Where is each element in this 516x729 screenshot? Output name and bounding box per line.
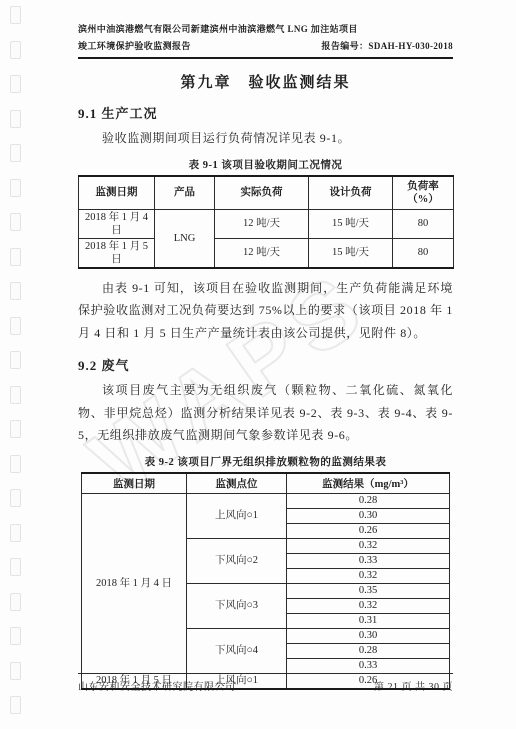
binder-holes xyxy=(10,6,22,729)
cell-value: 0.32 xyxy=(287,568,450,583)
cell-load-rate: 80 xyxy=(393,238,454,268)
page-footer: 山东安和安全技术研究院有限公司 第 21 页 共 30 页 xyxy=(78,673,453,693)
table-row: 2018 年 1 月 4 日 上风向○1 0.28 xyxy=(82,493,450,508)
cell-value: 0.28 xyxy=(287,493,450,508)
th-design-load: 设计负荷 xyxy=(309,176,393,210)
cell-value: 0.35 xyxy=(287,583,450,598)
cell-value: 0.33 xyxy=(287,658,450,673)
section-9-2-paragraph: 该项目废气主要为无组织废气（颗粒物、二氧化硫、氮氧化物、非甲烷总烃）监测分析结果… xyxy=(78,379,453,447)
binder-hole xyxy=(10,524,21,542)
header-report-number: 报告编号：SDAH-HY-030-2018 xyxy=(321,39,453,52)
cell-value: 0.32 xyxy=(287,598,450,613)
header-second-line: 竣工环境保护验收监测报告 报告编号：SDAH-HY-030-2018 xyxy=(78,39,453,59)
cell-date: 2018 年 1 月 5 日 xyxy=(79,238,155,268)
chapter-title: 第九章 验收监测结果 xyxy=(78,71,453,92)
binder-hole xyxy=(10,593,21,611)
th-monitor-date: 监测日期 xyxy=(82,473,187,494)
binder-hole xyxy=(10,662,21,680)
cell-point: 下风向○3 xyxy=(187,583,287,628)
binder-hole xyxy=(10,627,21,645)
binder-hole xyxy=(10,351,21,369)
section-9-1-paragraph-2: 由表 9-1 可知，该项目在验收监测期间，生产负荷能满足环境保护验收监测对工况负… xyxy=(78,277,453,345)
table-9-2-header-row: 监测日期 监测点位 监测结果（mg/m³） xyxy=(82,473,450,494)
binder-hole xyxy=(10,386,21,404)
cell-value: 0.33 xyxy=(287,553,450,568)
binder-hole xyxy=(10,696,21,714)
th-monitor-date: 监测日期 xyxy=(79,176,155,210)
page-content: 滨州中油滨港燃气有限公司新建滨州中油滨港燃气 LNG 加注站项目 竣工环境保护验… xyxy=(78,22,453,690)
section-9-1-paragraph: 验收监测期间项目运行负荷情况详见表 9-1。 xyxy=(78,127,453,150)
binder-hole xyxy=(10,144,21,162)
table-9-1-caption: 表 9-1 该项目验收期间工况情况 xyxy=(78,157,453,172)
table-row: 2018 年 1 月 5 日 12 吨/天 15 吨/天 80 xyxy=(79,238,454,268)
footer-company-name: 山东安和安全技术研究院有限公司 xyxy=(78,678,236,693)
binder-hole xyxy=(10,489,21,507)
binder-hole xyxy=(10,420,21,438)
binder-hole xyxy=(10,248,21,266)
binder-hole xyxy=(10,179,21,197)
binder-hole xyxy=(10,282,21,300)
th-load-rate: 负荷率（%） xyxy=(393,176,454,210)
th-actual-load: 实际负荷 xyxy=(215,176,309,210)
table-9-2-caption: 表 9-2 该项目厂界无组织排放颗粒物的监测结果表 xyxy=(78,454,453,469)
table-9-1-header-row: 监测日期 产品 实际负荷 设计负荷 负荷率（%） xyxy=(79,176,454,210)
binder-hole xyxy=(10,455,21,473)
cell-actual-load: 12 吨/天 xyxy=(215,209,309,238)
cell-point: 下风向○4 xyxy=(187,628,287,673)
cell-value: 0.31 xyxy=(287,613,450,628)
cell-value: 0.28 xyxy=(287,643,450,658)
binder-hole xyxy=(10,317,21,335)
th-monitor-result: 监测结果（mg/m³） xyxy=(287,473,450,494)
binder-hole xyxy=(10,110,21,128)
cell-value: 0.26 xyxy=(287,523,450,538)
cell-design-load: 15 吨/天 xyxy=(309,209,393,238)
cell-value: 0.30 xyxy=(287,628,450,643)
scanned-report-page: WAPS 滨州中油滨港燃气有限公司新建滨州中油滨港燃气 LNG 加注站项目 竣工… xyxy=(0,0,516,729)
cell-load-rate: 80 xyxy=(393,209,454,238)
binder-hole xyxy=(10,558,21,576)
cell-value: 0.32 xyxy=(287,538,450,553)
table-row: 2018 年 1 月 4 日 LNG 12 吨/天 15 吨/天 80 xyxy=(79,209,454,238)
cell-product: LNG xyxy=(155,209,215,268)
cell-date: 2018 年 1 月 4 日 xyxy=(82,493,187,673)
binder-hole xyxy=(10,41,21,59)
table-9-1: 监测日期 产品 实际负荷 设计负荷 负荷率（%） 2018 年 1 月 4 日 … xyxy=(78,175,454,269)
th-monitor-point: 监测点位 xyxy=(187,473,287,494)
th-product: 产品 xyxy=(155,176,215,210)
cell-point: 上风向○1 xyxy=(187,493,287,538)
binder-hole xyxy=(10,213,21,231)
document-header: 滨州中油滨港燃气有限公司新建滨州中油滨港燃气 LNG 加注站项目 竣工环境保护验… xyxy=(78,22,453,59)
header-report-type: 竣工环境保护验收监测报告 xyxy=(78,39,191,52)
table-9-2: 监测日期 监测点位 监测结果（mg/m³） 2018 年 1 月 4 日 上风向… xyxy=(81,472,450,690)
cell-date: 2018 年 1 月 4 日 xyxy=(79,209,155,238)
binder-hole xyxy=(10,75,21,93)
section-9-1-heading: 9.1 生产工况 xyxy=(78,103,453,122)
cell-actual-load: 12 吨/天 xyxy=(215,238,309,268)
cell-design-load: 15 吨/天 xyxy=(309,238,393,268)
cell-point: 下风向○2 xyxy=(187,538,287,583)
binder-hole xyxy=(10,6,21,24)
footer-page-number: 第 21 页 共 30 页 xyxy=(374,678,453,693)
cell-value: 0.30 xyxy=(287,508,450,523)
header-project-title: 滨州中油滨港燃气有限公司新建滨州中油滨港燃气 LNG 加注站项目 xyxy=(78,22,453,35)
section-9-2-heading: 9.2 废气 xyxy=(78,355,453,374)
